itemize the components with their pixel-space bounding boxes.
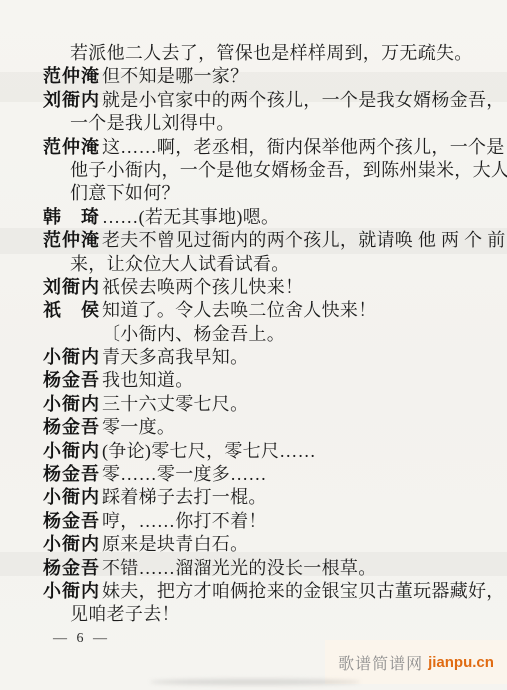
script-line: 祇 侯知道了。令人去唤二位舍人快来！ (0, 299, 507, 322)
speaker-name: 杨金吾 (43, 510, 100, 533)
dialogue-text: 们意下如何？ (70, 183, 180, 203)
speaker-name: 刘衙内 (43, 89, 100, 112)
speaker-name: 小衙内 (43, 486, 100, 509)
watermark-site-name: 歌谱简谱网 (338, 651, 423, 674)
script-line: 范仲淹这……啊，老丞相，衙内保举他两个孩儿，一个是 (0, 136, 507, 159)
dialogue-text: 他子小衙内，一个是他女婿杨金吾，到陈州粜米，大人 (70, 160, 507, 180)
speaker-name: 杨金吾 (43, 557, 100, 580)
dialogue-text: 来，让众位大人试看试看。 (70, 254, 290, 274)
speaker-name: 刘衙内 (43, 276, 100, 299)
script-text: 若派他二人去了，管保也是样样周到，万无疏失。范仲淹但不知是哪一家？刘衙内就是小官… (0, 42, 507, 627)
dialogue-text: 三十六丈零七尺。 (102, 394, 248, 414)
speaker-name: 杨金吾 (43, 463, 100, 486)
speaker-name: 祇 侯 (43, 299, 100, 322)
speaker-name: 范仲淹 (43, 136, 100, 159)
page-number: — 6 — (53, 631, 110, 647)
script-line: 见咱老子去！ (0, 603, 507, 626)
speaker-name: 范仲淹 (43, 65, 100, 88)
dialogue-text: 不错……溜溜光光的没长一根草。 (102, 558, 377, 578)
script-line: 〔小衙内、杨金吾上。 (0, 323, 507, 346)
speaker-name: 杨金吾 (43, 369, 100, 392)
dialogue-text: 青天多高我早知。 (102, 347, 248, 367)
dialogue-text: 老夫不曾见过衙内的两个孩儿，就请唤 他 两 个 前 (102, 230, 506, 250)
speaker-name: 小衙内 (43, 533, 100, 556)
script-line: 刘衙内祇侯去唤两个孩儿快来！ (0, 276, 507, 299)
script-line: 们意下如何？ (0, 182, 507, 205)
script-line: 小衙内妹夫，把方才咱俩抢来的金银宝贝古董玩器藏好， (0, 580, 507, 603)
speaker-name: 小衙内 (43, 393, 100, 416)
speaker-name: 小衙内 (43, 346, 100, 369)
speaker-name: 小衙内 (43, 580, 100, 603)
script-line: 来，让众位大人试看试看。 (0, 253, 507, 276)
dialogue-text: 零……零一度多…… (102, 464, 267, 484)
script-line: 杨金吾零一度。 (0, 416, 507, 439)
dialogue-text: 零一度。 (102, 417, 175, 437)
script-line: 一个是我儿刘得中。 (0, 112, 507, 135)
script-line: 范仲淹但不知是哪一家？ (0, 65, 507, 88)
dialogue-text: 见咱老子去！ (70, 604, 180, 624)
script-line: 杨金吾哼，……你打不着！ (0, 510, 507, 533)
script-line: 小衙内(争论)零七尺，零七尺…… (0, 440, 507, 463)
script-line: 若派他二人去了，管保也是样样周到，万无疏失。 (0, 42, 507, 65)
dialogue-text: 祇侯去唤两个孩儿快来！ (102, 277, 303, 297)
dialogue-text: (争论)零七尺，零七尺…… (102, 441, 316, 461)
script-line: 小衙内原来是块青白石。 (0, 533, 507, 556)
dialogue-text: 我也知道。 (102, 370, 194, 390)
script-line: 小衙内三十六丈零七尺。 (0, 393, 507, 416)
script-line: 小衙内青天多高我早知。 (0, 346, 507, 369)
script-line: 韩 琦……(若无其事地)嗯。 (0, 206, 507, 229)
dialogue-text: 踩着梯子去打一棍。 (102, 487, 267, 507)
speaker-name: 杨金吾 (43, 416, 100, 439)
speaker-name: 范仲淹 (43, 229, 100, 252)
dialogue-text: 就是小官家中的两个孩儿，一个是我女婿杨金吾， (102, 90, 505, 110)
script-line: 小衙内踩着梯子去打一棍。 (0, 486, 507, 509)
dialogue-text: 这……啊，老丞相，衙内保举他两个孩儿，一个是 (102, 137, 505, 157)
dialogue-text: 妹夫，把方才咱俩抢来的金银宝贝古董玩器藏好， (102, 581, 505, 601)
dialogue-text: 哼，……你打不着！ (102, 511, 267, 531)
script-line: 杨金吾零……零一度多…… (0, 463, 507, 486)
dialogue-text: 但不知是哪一家？ (102, 66, 248, 86)
speaker-name: 韩 琦 (43, 206, 100, 229)
watermark-panel: 歌谱简谱网 jianpu.cn (325, 640, 507, 684)
dialogue-text: ……(若无其事地)嗯。 (102, 207, 279, 227)
dialogue-text: 一个是我儿刘得中。 (70, 113, 235, 133)
dialogue-text: 原来是块青白石。 (102, 534, 248, 554)
dialogue-text: 〔小衙内、杨金吾上。 (102, 324, 285, 344)
watermark-site-link[interactable]: jianpu.cn (428, 654, 494, 671)
script-line: 杨金吾不错……溜溜光光的没长一根草。 (0, 557, 507, 580)
speaker-name: 小衙内 (43, 440, 100, 463)
dialogue-text: 知道了。令人去唤二位舍人快来！ (102, 300, 377, 320)
scanned-script-page: 若派他二人去了，管保也是样样周到，万无疏失。范仲淹但不知是哪一家？刘衙内就是小官… (0, 0, 507, 690)
script-line: 杨金吾我也知道。 (0, 369, 507, 392)
script-line: 范仲淹老夫不曾见过衙内的两个孩儿，就请唤 他 两 个 前 (0, 229, 507, 252)
dialogue-text: 若派他二人去了，管保也是样样周到，万无疏失。 (70, 43, 473, 63)
script-line: 刘衙内就是小官家中的两个孩儿，一个是我女婿杨金吾， (0, 89, 507, 112)
script-line: 他子小衙内，一个是他女婿杨金吾，到陈州粜米，大人 (0, 159, 507, 182)
